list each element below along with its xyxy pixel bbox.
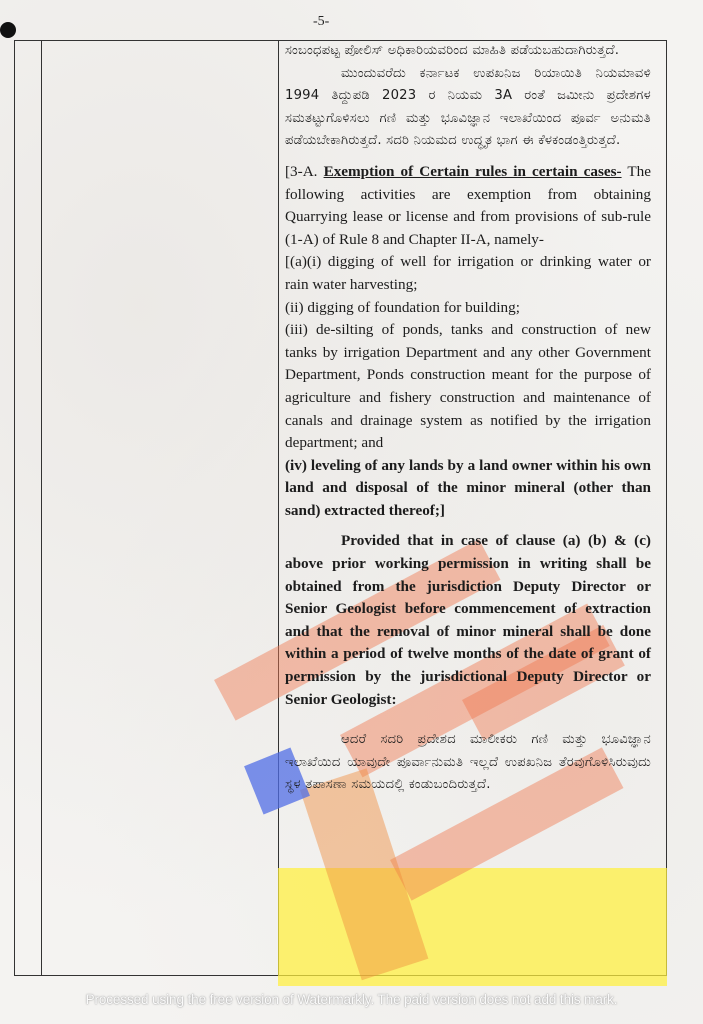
right-column-content: ಸಂಬಂಧಪಟ್ಟ ಪೋಲಿಸ್ ಅಧಿಕಾರಿಯವರಿಂದ ಮಾಹಿತಿ ಪಡ… bbox=[285, 40, 651, 797]
rule-item-a-i: [(a)(i) digging of well for irrigation o… bbox=[285, 251, 651, 296]
rule-proviso: Provided that in case of clause (a) (b) … bbox=[285, 530, 651, 711]
rule-prefix: [3-A. bbox=[285, 163, 324, 180]
column-divider-1 bbox=[41, 41, 42, 975]
kannada-rule-reference: ಮುಂದುವರೆದು ಕರ್ನಾಟಕ ಉಪಖನಿಜ ರಿಯಾಯಿತಿ ನಿಯಮಾ… bbox=[285, 63, 651, 153]
kannada-intro-line: ಸಂಬಂಧಪಟ್ಟ ಪೋಲಿಸ್ ಅಧಿಕಾರಿಯವರಿಂದ ಮಾಹಿತಿ ಪಡ… bbox=[285, 40, 651, 63]
kannada-conclusion: ಆದರೆ ಸದರಿ ಪ್ರದೇಶದ ಮಾಲೀಕರು ಗಣಿ ಮತ್ತು ಭೂವಿ… bbox=[285, 729, 651, 797]
column-divider-2 bbox=[278, 41, 279, 975]
rule-item-iv: (iv) leveling of any lands by a land own… bbox=[285, 455, 651, 523]
punch-hole bbox=[0, 22, 16, 38]
rule-item-iii: (iii) de-silting of ponds, tanks and con… bbox=[285, 319, 651, 455]
rule-heading: Exemption of Certain rules in certain ca… bbox=[324, 163, 622, 180]
rule-item-ii: (ii) digging of foundation for building; bbox=[285, 297, 651, 320]
rule-3a-block: [3-A. Exemption of Certain rules in cert… bbox=[285, 161, 651, 251]
page-number: -5- bbox=[313, 14, 329, 30]
watermark-caption: Processed using the free version of Wate… bbox=[0, 992, 703, 1007]
